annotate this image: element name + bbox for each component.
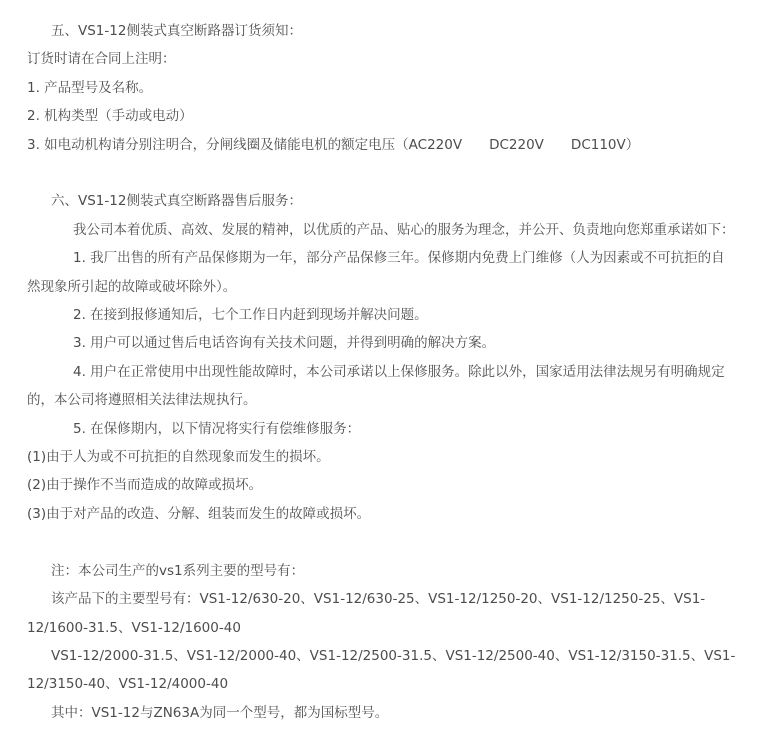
- document-page: 五、VS1-12侧装式真空断路器订货须知： 订货时请在合同上注明： 1. 产品型…: [0, 0, 764, 755]
- section6-item-2: 2. 在接到报修通知后，七个工作日内赶到现场并解决问题。: [27, 301, 738, 329]
- spacer: [27, 528, 738, 556]
- paid-repair-case-3: (3)由于对产品的改造、分解、组装而发生的故障或损坏。: [27, 500, 738, 528]
- section6-item-3: 3. 用户可以通过售后电话咨询有关技术问题，并得到明确的解决方案。: [27, 329, 738, 357]
- section5-item-2: 2. 机构类型（手动或电动）: [27, 102, 738, 130]
- section6-item-5: 5. 在保修期内，以下情况将实行有偿维修服务：: [27, 415, 738, 443]
- paid-repair-case-1: (1)由于人为或不可抗拒的自然现象而发生的损坏。: [27, 443, 738, 471]
- section6-item-4: 4. 用户在正常使用中出现性能故障时，本公司承诺以上保修服务。除此以外，国家适用…: [27, 358, 738, 415]
- section5-item-3: 3. 如电动机构请分别注明合，分闸线圈及储能电机的额定电压（AC220V DC2…: [27, 131, 738, 159]
- section5-order-note: 订货时请在合同上注明：: [27, 45, 738, 73]
- spacer: [27, 159, 738, 187]
- section5-heading: 五、VS1-12侧装式真空断路器订货须知：: [27, 17, 738, 45]
- note-remark: 其中：VS1-12与ZN63A为同一个型号，都为国标型号。: [27, 699, 738, 727]
- section5-item-1: 1. 产品型号及名称。: [27, 74, 738, 102]
- note-lead: 注：本公司生产的vs1系列主要的型号有：: [27, 557, 738, 585]
- section6-heading: 六、VS1-12侧装式真空断路器售后服务：: [27, 187, 738, 215]
- paid-repair-case-2: (2)由于操作不当而造成的故障或损坏。: [27, 471, 738, 499]
- section6-intro: 我公司本着优质、高效、发展的精神，以优质的产品、贴心的服务为理念，并公开、负责地…: [27, 216, 738, 244]
- note-models-line1: 该产品下的主要型号有：VS1-12/630-20、VS1-12/630-25、V…: [27, 585, 738, 642]
- note-models-line2: VS1-12/2000-31.5、VS1-12/2000-40、VS1-12/2…: [27, 642, 738, 699]
- section6-item-1: 1. 我厂出售的所有产品保修期为一年，部分产品保修三年。保修期内免费上门维修（人…: [27, 244, 738, 301]
